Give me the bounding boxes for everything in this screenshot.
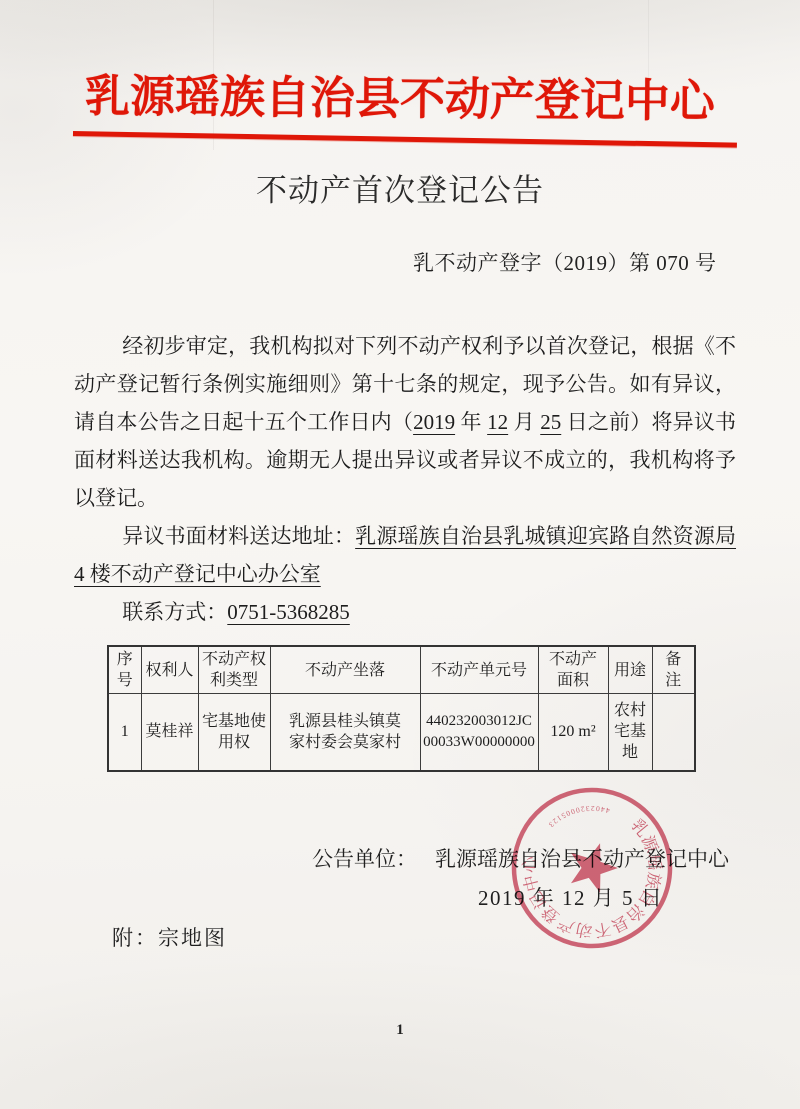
header-rights-holder: 权利人 [141, 646, 198, 694]
deadline-month: 12 [487, 410, 508, 434]
header-right-type: 不动产权 利类型 [198, 646, 270, 694]
document-title: 不动产首次登记公告 [0, 165, 800, 210]
cell-serial: 1 [108, 694, 141, 771]
official-seal: 乳源瑶族自治县不动产登记中心 4402320005123 [506, 782, 678, 954]
cell-unit-number: 440232003012JC 00033W00000000 [420, 694, 538, 771]
header-unit-number: 不动产单元号 [420, 646, 538, 694]
table-row: 1 莫桂祥 宅基地使 用权 乳源县桂头镇莫 家村委会莫家村 4402320030… [108, 694, 695, 771]
cell-area: 120 m² [538, 694, 608, 771]
header-area: 不动产 面积 [538, 646, 608, 694]
cell-remarks [652, 694, 695, 771]
paragraph-main: 经初步审定，我机构拟对下列不动产权利予以首次登记，根据《不动产登记暂行条例实施细… [74, 327, 736, 517]
cell-location: 乳源县桂头镇莫 家村委会莫家村 [270, 694, 420, 771]
year-unit: 年 [455, 410, 487, 434]
paragraph-contact: 联系方式：0751-5368285 [74, 593, 736, 631]
month-unit: 月 [508, 410, 540, 434]
cell-usage: 农村宅基地 [608, 694, 652, 771]
letterhead-org-name: 乳源瑶族自治县不动产登记中心 [0, 59, 800, 131]
header-remarks: 备 注 [652, 646, 695, 694]
header-location: 不动产坐落 [270, 646, 420, 694]
page-number: 1 [0, 1022, 800, 1039]
deadline-day: 25 [540, 410, 561, 434]
header-usage: 用途 [608, 646, 652, 694]
scanned-announcement-page: 乳源瑶族自治县不动产登记中心 不动产首次登记公告 乳不动产登字（2019）第 0… [0, 0, 800, 1109]
address-label: 异议书面材料送达地址： [122, 524, 355, 548]
body-text: 经初步审定，我机构拟对下列不动产权利予以首次登记，根据《不动产登记暂行条例实施细… [74, 327, 736, 631]
deadline-year: 2019 [413, 410, 455, 434]
header-serial: 序 号 [108, 646, 141, 694]
cell-rights-holder: 莫桂祥 [141, 694, 198, 771]
paragraph-address: 异议书面材料送达地址：乳源瑶族自治县乳城镇迎宾路自然资源局 4 楼不动产登记中心… [74, 517, 736, 593]
letterhead-divider-rule [73, 131, 737, 148]
table-header-row: 序 号 权利人 不动产权 利类型 不动产坐落 不动产单元号 不动产 面积 用途 … [108, 646, 695, 694]
property-table: 序 号 权利人 不动产权 利类型 不动产坐落 不动产单元号 不动产 面积 用途 … [107, 645, 696, 772]
seal-star [562, 840, 624, 900]
cell-right-type: 宅基地使 用权 [198, 694, 270, 771]
attachment-note: 附：宗地图 [112, 922, 227, 952]
contact-phone: 0751-5368285 [227, 600, 350, 624]
document-number: 乳不动产登字（2019）第 070 号 [413, 247, 717, 277]
announcer-label: 公告单位： [312, 847, 417, 871]
contact-label: 联系方式： [122, 600, 227, 624]
